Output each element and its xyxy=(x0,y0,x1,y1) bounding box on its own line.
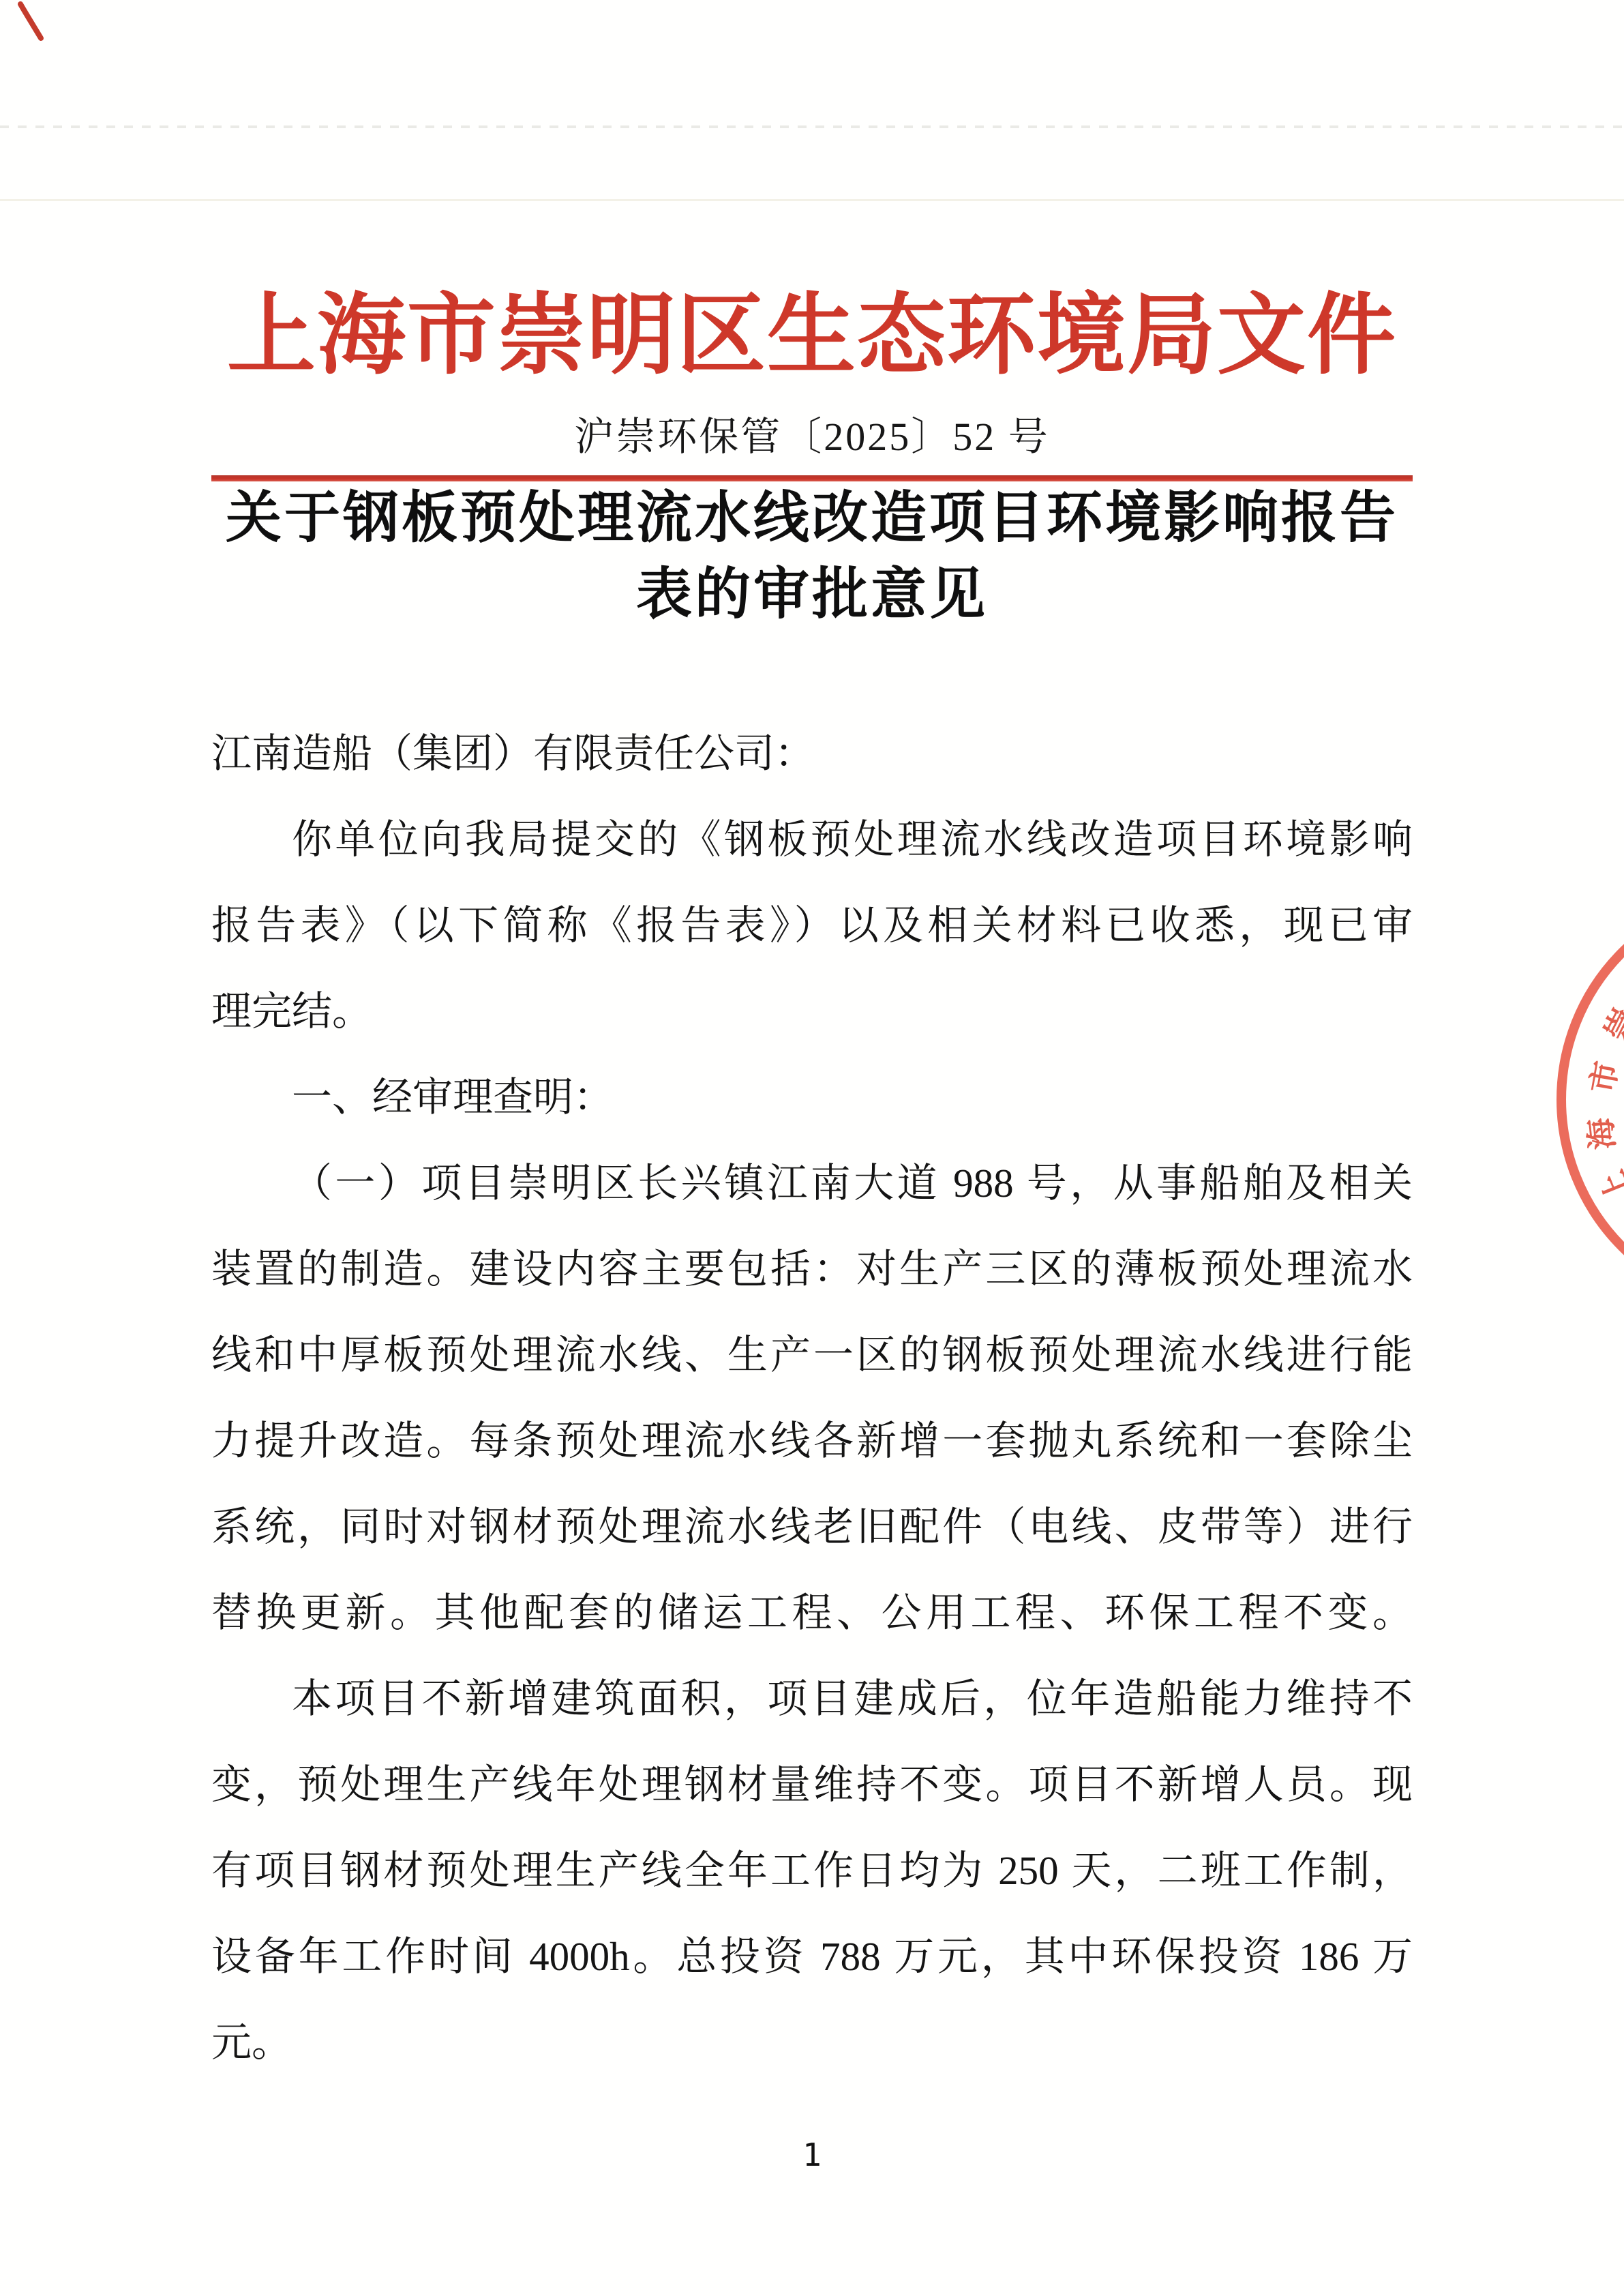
body-line: 力提升改造。每条预处理流水线各新增一套抛丸系统和一套除尘 xyxy=(211,1398,1413,1484)
body-line: 装置的制造。建设内容主要包括：对生产三区的薄板预处理流水 xyxy=(211,1226,1413,1312)
pen-mark xyxy=(11,0,65,55)
subject-title-line2: 表的审批意见 xyxy=(0,556,1624,633)
seal-char: 海 xyxy=(1576,1116,1623,1152)
document-body: 江南造船（集团）有限责任公司： 你单位向我局提交的《钢板预处理流水线改造项目环境… xyxy=(211,711,1413,2085)
body-line: 元。 xyxy=(211,1999,1413,2085)
seal-ring xyxy=(1557,886,1624,1313)
document-page: 上海市崇明区生态环境局文件 沪崇环保管〔2025〕52 号 关于钢板预处理流水线… xyxy=(0,0,1624,2296)
body-line: 替换更新。其他配套的储运工程、公用工程、环保工程不变。 xyxy=(211,1570,1413,1656)
page-number: 1 xyxy=(0,2136,1624,2173)
body-line: 报告表》（以下简称《报告表》）以及相关材料已收悉，现已审 xyxy=(211,882,1413,968)
seal-char: 上 xyxy=(1588,1164,1624,1210)
body-line-section-heading: 一、经审理查明： xyxy=(211,1054,1413,1140)
doc-number: 沪崇环保管〔2025〕52 号 xyxy=(0,415,1624,460)
body-line: 线和中厚板预处理流水线、生产一区的钢板预处理流水线进行能 xyxy=(211,1312,1413,1398)
body-line: 有项目钢材预处理生产线全年工作日均为 250 天，二班工作制， xyxy=(211,1828,1413,1913)
agency-title: 上海市崇明区生态环境局文件 xyxy=(0,286,1624,386)
official-seal: 上 海 市 崇 xyxy=(1557,886,1624,1313)
body-line: 系统，同时对钢材预处理流水线老旧配件（电线、皮带等）进行 xyxy=(211,1484,1413,1570)
body-line: 你单位向我局提交的《钢板预处理流水线改造项目环境影响 xyxy=(211,796,1413,882)
body-line: 设备年工作时间 4000h。总投资 788 万元，其中环保投资 186 万 xyxy=(211,1913,1413,1999)
subject-title: 关于钢板预处理流水线改造项目环境影响报告 表的审批意见 xyxy=(0,480,1624,633)
body-line: （一）项目崇明区长兴镇江南大道 988 号，从事船舶及相关 xyxy=(211,1140,1413,1226)
scan-artifact-line xyxy=(0,199,1624,201)
subject-title-line1: 关于钢板预处理流水线改造项目环境影响报告 xyxy=(0,480,1624,556)
seal-char: 崇 xyxy=(1591,1000,1624,1048)
body-line-salutation: 江南造船（集团）有限责任公司： xyxy=(211,711,1413,796)
scan-artifact-line xyxy=(0,125,1624,128)
seal-char: 市 xyxy=(1578,1058,1624,1097)
body-line: 变，预处理生产线年处理钢材量维持不变。项目不新增人员。现 xyxy=(211,1742,1413,1828)
body-line: 理完结。 xyxy=(211,968,1413,1054)
body-line: 本项目不新增建筑面积，项目建成后，位年造船能力维持不 xyxy=(211,1656,1413,1742)
